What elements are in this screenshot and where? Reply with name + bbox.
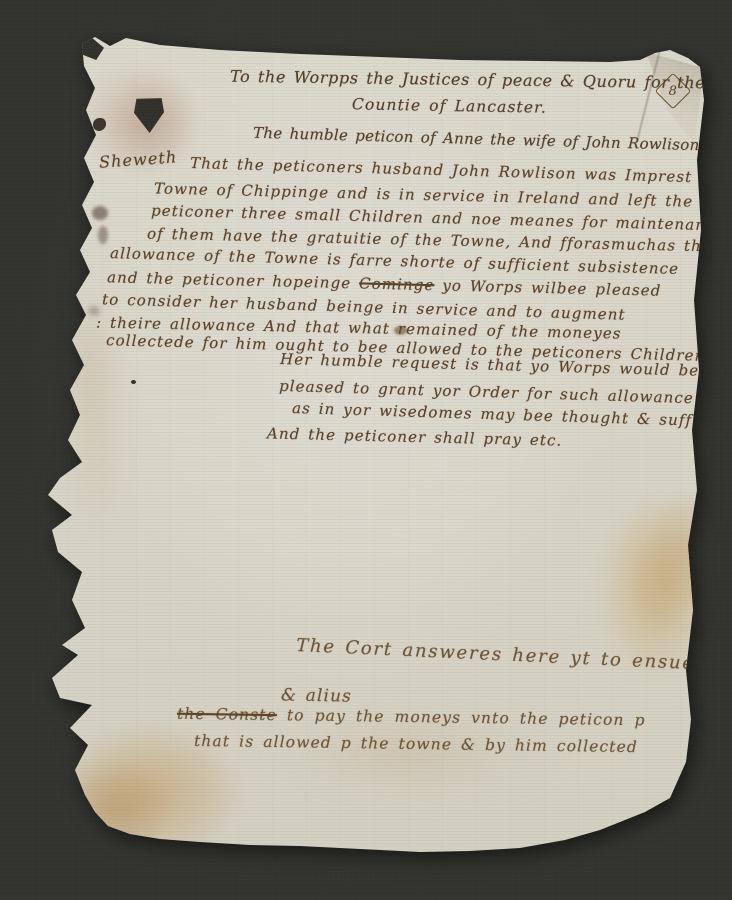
heading-line-2: Countie of Lancaster. [352,95,547,116]
small-hole-left [93,118,106,131]
paper-shadow-wrap: 8 To the Worpps the Justices of peace & … [0,0,732,900]
petition-title-line: The humble peticon of Anne the wife of J… [253,124,732,157]
endorsement-line-3: the Conste to pay the moneys vnto the pe… [177,705,646,730]
struck-word: Cominge [359,274,435,294]
margin-sheweth: Sheweth [98,147,177,171]
endorsement-line-1: The Cort answeres here yt to ensue [296,635,696,674]
heading-line-1: To the Worpps the Justices of peace & Qu… [230,67,706,93]
stain-left-speck-2 [98,226,108,244]
endorsement-line-3-rest: to pay the moneys vnto the peticon p [277,706,646,729]
pinhole-left-mid [131,380,136,384]
tear-top-left [78,38,104,60]
stain-right-edge-core [630,520,700,640]
tear-top-left-dot [106,32,115,40]
request-line-4: And the peticoner shall pray etc. [267,424,563,449]
stain-left-specks [92,206,108,220]
endorsement-line-2: & alius [281,685,352,706]
endorsement-line-4: that is allowed p the towne & by him col… [194,732,638,756]
stain-bottom-left-core [70,765,170,850]
manuscript-paper: 8 To the Worpps the Justices of peace & … [0,0,732,900]
body-line-6-pre: and the peticoner hopeinge [107,268,359,292]
body-line-6-post: yo Worps wilbee pleased [434,276,661,300]
stain-left-middle [60,330,130,550]
photograph-of-manuscript: 8 To the Worpps the Justices of peace & … [0,0,732,900]
shield-hole [134,97,164,133]
endorsement-struck-words: the Conste [177,705,277,724]
